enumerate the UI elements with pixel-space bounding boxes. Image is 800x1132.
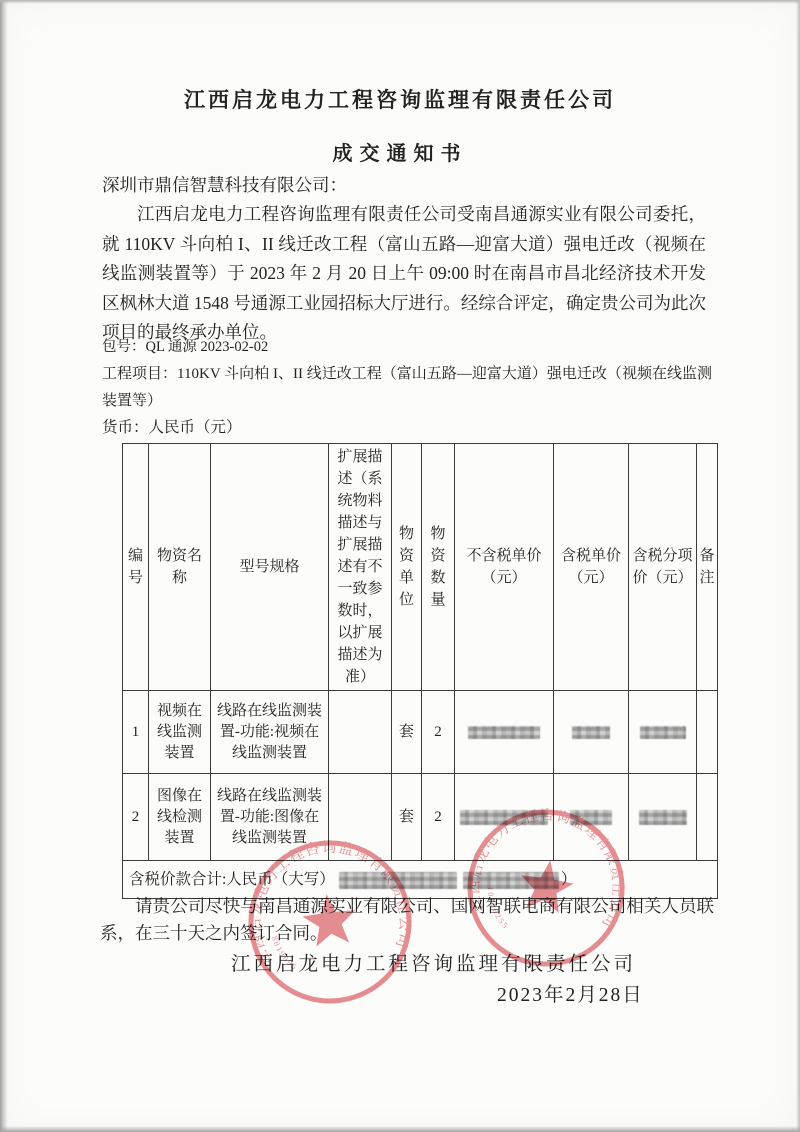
company-seal-right: 江西启龙电力工程咨询监理有限责任公司 10228255 [449, 791, 644, 986]
header-ext-desc: 扩展描述（系统物料描述与扩展描述有不一致参数时，以扩展描述为准） [329, 444, 392, 691]
cell-no: 1 [123, 691, 149, 774]
cell-qty: 2 [422, 774, 455, 861]
cell-material-name: 视频在线监测装置 [149, 691, 211, 774]
cell-price-item [629, 691, 697, 774]
table-row: 1 视频在线监测装置 线路在线监测装置-功能:视频在线监测装置 套 2 [123, 691, 718, 774]
header-price-taxed: 含税单价（元） [554, 444, 629, 691]
seal-star-icon [300, 891, 359, 948]
currency-line: 货币：人民币（元） [102, 415, 242, 437]
header-unit: 物资单位 [392, 444, 422, 691]
company-seal-left: 江西启龙电力工程咨询监理有限责任公司 8019095 [235, 827, 424, 1016]
header-remark: 备注 [697, 444, 718, 691]
scan-edge-top [0, 0, 800, 4]
header-price-untaxed: 不含税单价（元） [455, 444, 554, 691]
package-number-line: 包号：QL 通源 2023-02-02 [102, 335, 268, 356]
cell-price-taxed [554, 691, 629, 774]
header-qty: 物资数量 [422, 444, 455, 691]
header-spec: 型号规格 [211, 444, 329, 691]
svg-text:8019095: 8019095 [270, 933, 301, 975]
body-paragraph: 江西启龙电力工程咨询监理有限责任公司受南昌通源实业有限公司委托，就 110KV … [102, 200, 706, 348]
scan-edge-bottom [0, 1126, 800, 1132]
scan-edge-left [0, 0, 8, 1132]
cell-ext-desc [329, 691, 392, 774]
cell-remark [697, 691, 718, 774]
cell-price-untaxed [455, 691, 554, 774]
cell-qty: 2 [422, 691, 455, 774]
redacted-price-block [640, 726, 686, 739]
cell-spec: 线路在线监测装置-功能:视频在线监测装置 [211, 691, 329, 774]
header-material-name: 物资名称 [149, 444, 211, 691]
cell-remark [697, 774, 718, 861]
cell-material-name: 图像在线检测装置 [149, 774, 211, 861]
addressee-line: 深圳市鼎信智慧科技有限公司： [102, 172, 347, 197]
seal-serial-number: 8019095 [270, 933, 301, 975]
project-line: 工程项目：110KV 斗向柏 I、II 线迁改工程（富山五路—迎富大道）强电迁改… [102, 361, 712, 415]
svg-text:10228255: 10228255 [479, 885, 516, 932]
scanned-document-page: 江西启龙电力工程咨询监理有限责任公司 成交通知书 深圳市鼎信智慧科技有限公司： … [0, 0, 800, 1132]
signature-date: 2023年2月28日 [497, 979, 644, 1007]
scan-edge-right [796, 0, 800, 1132]
redacted-price-block [468, 726, 540, 739]
cell-no: 2 [123, 774, 149, 861]
redacted-price-block [639, 810, 687, 825]
cell-unit: 套 [392, 691, 422, 774]
redacted-price-block [572, 726, 610, 739]
document-title: 成交通知书 [0, 137, 800, 166]
seal-star-icon [516, 856, 576, 914]
company-title: 江西启龙电力工程咨询监理有限责任公司 [0, 84, 800, 114]
header-no: 编号 [123, 444, 149, 691]
header-price-item: 含税分项价（元） [629, 444, 697, 691]
table-header-row: 编号 物资名称 型号规格 扩展描述（系统物料描述与扩展描述有不一致参数时，以扩展… [123, 444, 718, 691]
seal-serial-number: 10228255 [479, 885, 516, 932]
